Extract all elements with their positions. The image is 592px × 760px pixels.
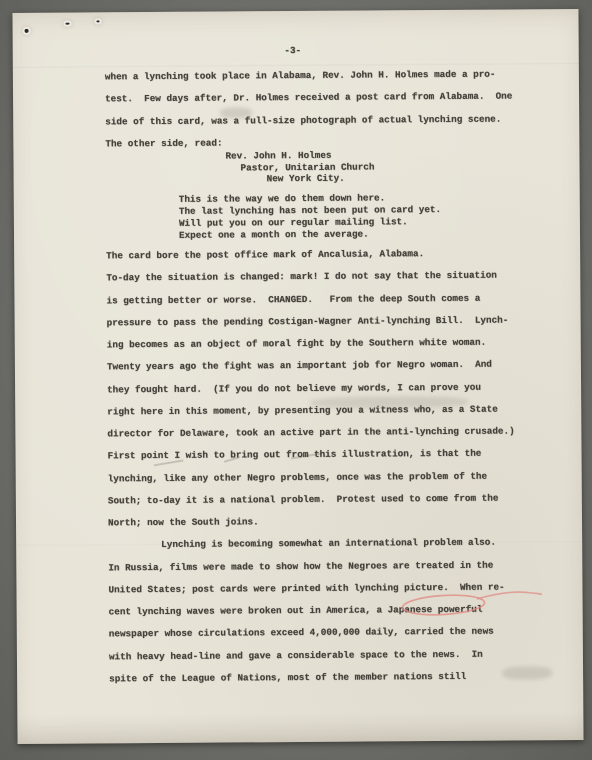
page-number: -3- (105, 43, 529, 71)
typed-text: -3- when a lynching took place in Alabam… (105, 43, 534, 695)
typed-line: they fought hard. (If you do not believe… (107, 381, 531, 406)
typed-line: lynching, like any other Negro problems,… (108, 470, 532, 495)
typed-line: Lynching is becoming somewhat an interna… (108, 537, 532, 562)
pin-hole (97, 20, 100, 22)
typed-line: test. Few days after, Dr. Holmes receive… (105, 91, 529, 116)
typed-line: is getting better or worse. CHANGED. Fro… (106, 292, 530, 317)
pin-hole (25, 29, 29, 33)
typed-line: cent lynching waves were broken out in A… (109, 603, 533, 628)
typed-line: newspaper whose circulations exceed 4,00… (109, 626, 533, 651)
typed-line: To-day the situation is changed: mark! I… (106, 270, 530, 295)
typed-line: director for Delaware, took an active pa… (107, 425, 531, 450)
typed-line: The card bore the post office mark of An… (106, 247, 530, 272)
typed-line: with heavy head-line and gave a consider… (109, 648, 533, 673)
typed-line: right here in this moment, by presenting… (107, 403, 531, 428)
typed-line: Twenty years ago the fight was an import… (107, 359, 531, 384)
typed-line: South; to-day it is a national problem. … (108, 492, 532, 517)
pin-hole (66, 23, 70, 25)
typed-line: spite of the League of Nations, most of … (109, 670, 533, 695)
typed-line: Expect one a month on the average. (106, 227, 530, 242)
typed-line: New York City. (106, 171, 530, 186)
typed-line: ing becomes as an object of moral fight … (107, 336, 531, 361)
typed-line: side of this card, was a full-size photo… (105, 113, 529, 138)
typed-line: when a lynching took place in Alabama, R… (105, 68, 529, 93)
typed-line: First point I wish to bring out from thi… (108, 448, 532, 473)
typed-line: United States; post cards were printed w… (108, 581, 532, 606)
typed-line: North; now the South joins. (108, 514, 532, 539)
scanned-page: -3- when a lynching took place in Alabam… (12, 9, 583, 744)
typed-line: pressure to pass the pending Costigan-Wa… (107, 314, 531, 339)
typed-line: In Russia, films were made to show how t… (108, 559, 532, 584)
